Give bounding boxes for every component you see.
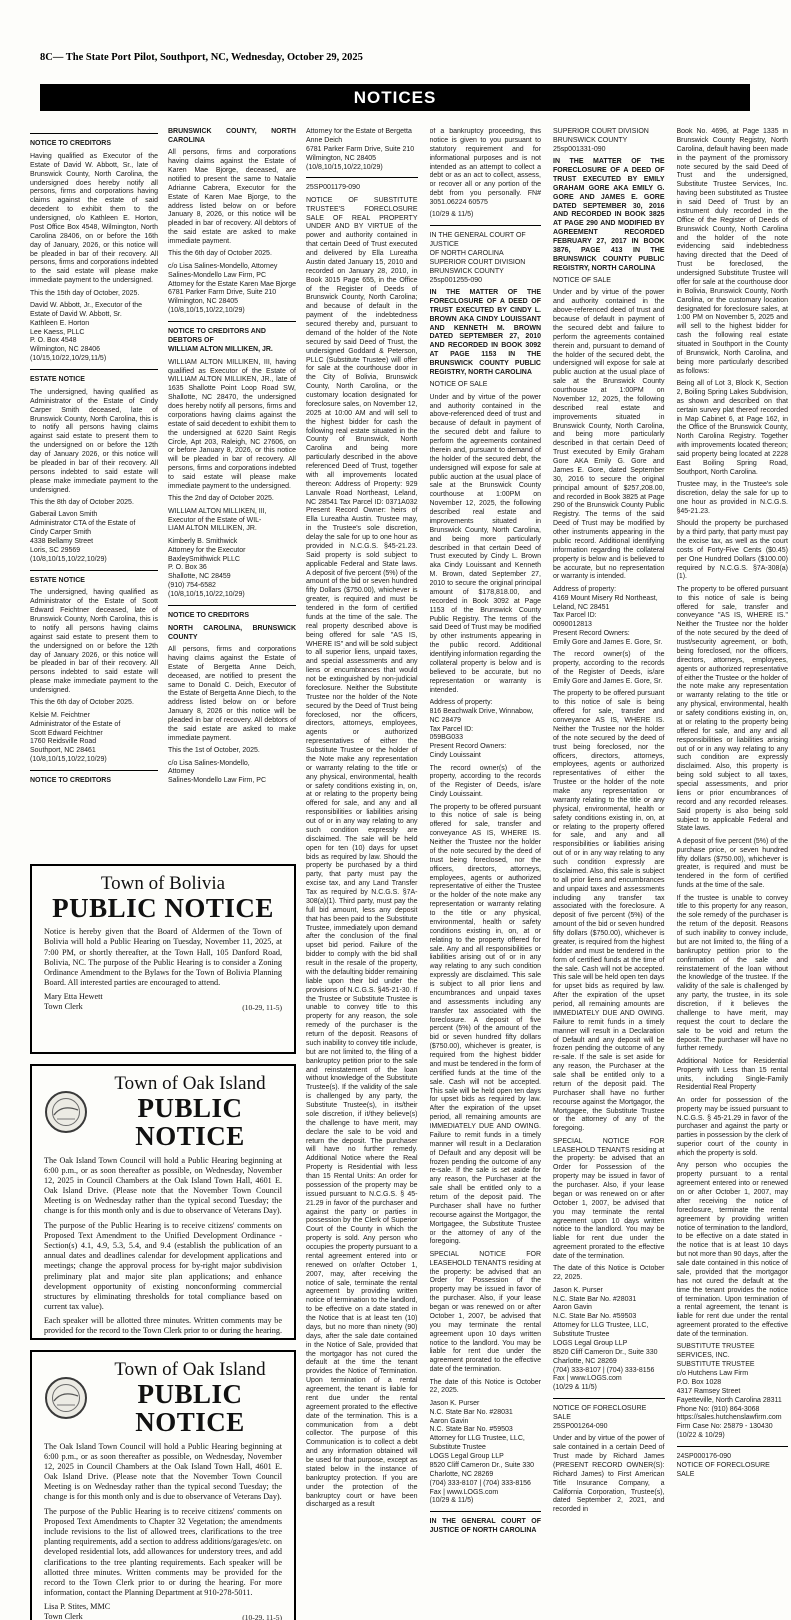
notice-paragraph: IN THE MATTER OF THE FORECLOSURE OF A DE… (553, 158, 665, 273)
notice-paragraph: Under and by virtue of the power and aut… (430, 394, 542, 696)
notice-heading: NOTICE TO CREDITORS (30, 140, 158, 149)
notice-paragraph: Under and by virtue of the power of sale… (553, 1435, 665, 1515)
public-notice-titles: Town of Oak IslandPUBLIC NOTICE (98, 1360, 282, 1437)
notice-column: of a bankruptcy proceeding, this notice … (430, 128, 542, 1614)
public-notice-body: The Oak Island Town Council will hold a … (44, 1442, 282, 1599)
right-columns: Attorney for the Estate of Bergetta Anne… (306, 128, 788, 1614)
notice-column: SUPERIOR COURT DIVISION BRUNSWICK COUNTY… (553, 128, 665, 1614)
notice-paragraph: The property to be offered pursuant to t… (553, 690, 665, 1134)
notice-divider (168, 321, 296, 322)
notice-paragraph: Book No. 4696, at Page 1335 in Brunswick… (677, 128, 789, 377)
public-notice-town-title: Town of Oak Island (98, 1360, 282, 1380)
notice-paragraph: The undersigned, having qualified as Adm… (30, 389, 158, 496)
notice-paragraph: (10/29 & 11/5) (430, 211, 542, 220)
public-notice-titles: Town of Oak IslandPUBLIC NOTICE (98, 1074, 282, 1151)
newspaper-page: 8C— The State Port Pilot, Southport, NC,… (0, 0, 791, 1620)
notice-column: Book No. 4696, at Page 1335 in Brunswick… (677, 128, 789, 1614)
notice-divider (30, 570, 158, 571)
public-notice-header: Town of Oak IslandPUBLIC NOTICE (44, 1360, 282, 1437)
public-notice-titles: Town of BoliviaPUBLIC NOTICE (52, 874, 274, 922)
notice-heading: ESTATE NOTICE (30, 376, 158, 385)
notice-paragraph: Kimberly B. Smithwick Attorney for the E… (168, 538, 296, 600)
notice-paragraph: Additional Notice for Residential Proper… (677, 1058, 789, 1094)
public-notice-header: Town of BoliviaPUBLIC NOTICE (44, 874, 282, 922)
public-notice-header: Town of Oak IslandPUBLIC NOTICE (44, 1074, 282, 1151)
public-notice-paragraph: The purpose of the Public Hearing is to … (44, 1221, 282, 1313)
public-notice-footer: Mary Etta Hewett Town Clerk(10-29, 11-5) (44, 992, 282, 1012)
notice-paragraph: NOTICE OF SALE (553, 277, 665, 286)
public-notice-title: PUBLIC NOTICE (98, 1380, 282, 1437)
notice-paragraph: This the 2nd day of October 2025. (168, 495, 296, 504)
public-notice-paragraph: The Oak Island Town Council will hold a … (44, 1156, 282, 1217)
notice-divider (430, 225, 542, 226)
notice-paragraph: The property to be offered pursuant to t… (430, 804, 542, 1248)
notice-paragraph: A deposit of five percent (5%) of the pu… (677, 838, 789, 891)
town-seal-icon (44, 1090, 88, 1134)
public-notice-boxes: Town of BoliviaPUBLIC NOTICENotice is he… (30, 864, 296, 1620)
notice-paragraph: IN THE GENERAL COURT OF JUSTICE OF NORTH… (430, 1518, 542, 1536)
notice-paragraph: SUBSTITUTE TRUSTEE SERVICES, INC. SUBSTI… (677, 1343, 789, 1441)
notice-heading: NOTICE TO CREDITORS AND DEBTORS OF WILLI… (168, 328, 296, 355)
notice-paragraph: Address of property: 4169 Mount Misery R… (553, 586, 665, 648)
notice-paragraph: SPECIAL NOTICE FOR LEASEHOLD TENANTS res… (430, 1251, 542, 1375)
notice-paragraph: Gaberail Lavon Smith Administrator CTA o… (30, 511, 158, 564)
notice-paragraph: This the 1st of October, 2025. (168, 747, 296, 756)
notice-paragraph: The undersigned, having qualified as Adm… (30, 589, 158, 696)
notice-paragraph: Should the property be purchased by a th… (677, 520, 789, 582)
notice-divider (30, 133, 158, 134)
notice-heading: NOTICE TO CREDITORS (30, 777, 158, 786)
notice-paragraph: This the 6th day of October 2025. (30, 699, 158, 708)
public-notice-footer: Lisa P. Stites, MMC Town Clerk(10-29, 11… (44, 1602, 282, 1620)
notice-heading: ESTATE NOTICE (30, 577, 158, 586)
page-masthead: 8C— The State Port Pilot, Southport, NC,… (40, 52, 363, 63)
notice-paragraph: Jason K. Purser N.C. State Bar No. #2803… (553, 1287, 665, 1394)
notice-paragraph: IN THE GENERAL COURT OF JUSTICE OF NORTH… (430, 232, 542, 285)
notice-paragraph: Being all of Lot 3, Block K, Section 2, … (677, 380, 789, 478)
notice-paragraph: Having qualified as Executor of the Esta… (30, 153, 158, 286)
notice-paragraph: NOTICE OF SALE (430, 381, 542, 390)
notice-column: NOTICE TO CREDITORSHaving qualified as E… (30, 128, 158, 858)
public-notice-paragraph: The Oak Island Town Council will hold a … (44, 1442, 282, 1503)
left-columns: NOTICE TO CREDITORSHaving qualified as E… (30, 128, 296, 858)
public-notice-town-title: Town of Bolivia (52, 874, 274, 894)
public-notice-paragraph: Notice is hereby given that the Board of… (44, 927, 282, 988)
notice-paragraph: Jason K. Purser N.C. State Bar No. #2803… (430, 1400, 542, 1507)
notice-paragraph: All persons, firms and corporations havi… (168, 646, 296, 744)
public-notice-paragraph: The purpose of the Public Hearing is to … (44, 1507, 282, 1599)
notice-column: Attorney for the Estate of Bergetta Anne… (306, 128, 418, 1614)
public-notice-run-dates: (10-29, 11-5) (242, 1003, 282, 1012)
notice-divider (30, 369, 158, 370)
notice-paragraph: Address of property: 816 Beachwalk Drive… (430, 699, 542, 761)
public-notice-body: Notice is hereby given that the Board of… (44, 927, 282, 988)
notice-divider (168, 605, 296, 606)
notice-paragraph: David W. Abbott, Jr., Executor of the Es… (30, 302, 158, 364)
notice-paragraph: NOTICE OF SUBSTITUTE TRUSTEE'S FORECLOSU… (306, 197, 418, 1511)
notice-paragraph: The date of this Notice is October 22, 2… (430, 1379, 542, 1397)
notice-heading: NOTICE TO CREDITORS (168, 612, 296, 621)
notice-divider (677, 1446, 789, 1447)
notice-paragraph: Attorney for the Estate of Bergetta Anne… (306, 128, 418, 172)
notice-divider (306, 177, 418, 178)
public-notice-signature: Lisa P. Stites, MMC Town Clerk (44, 1602, 110, 1620)
notice-paragraph: BRUNSWICK COUNTY, NORTH CAROLINA (168, 128, 296, 146)
public-notice-title: PUBLIC NOTICE (98, 1094, 282, 1151)
notice-paragraph: The record owner(s) of the property, acc… (553, 651, 665, 687)
notice-paragraph: SPECIAL NOTICE FOR LEASEHOLD TENANTS res… (553, 1138, 665, 1262)
notice-divider (553, 1398, 665, 1399)
public-notice-box: Town of Oak IslandPUBLIC NOTICEThe Oak I… (30, 1350, 296, 1620)
notice-paragraph: SUPERIOR COURT DIVISION BRUNSWICK COUNTY… (553, 128, 665, 155)
notice-paragraph: The record owner(s) of the property, acc… (430, 765, 542, 801)
notice-paragraph: Any person who occupies the property pur… (677, 1162, 789, 1340)
notice-paragraph: An order for possession of the property … (677, 1097, 789, 1159)
notice-paragraph: c/o Lisa Salines-Mondello, Attorney Sali… (168, 263, 296, 316)
notice-paragraph: IN THE MATTER OF THE FORECLOSURE OF A DE… (430, 289, 542, 378)
notice-paragraph: NORTH CAROLINA, BRUNSWICK COUNTY (168, 625, 296, 643)
notice-paragraph: This the 8th day of October 2025. (30, 499, 158, 508)
notice-paragraph: This the 15th day of October, 2025. (30, 290, 158, 299)
notice-paragraph: c/o Lisa Salines-Mondello, Attorney Sali… (168, 760, 296, 787)
notices-banner: NOTICES (40, 84, 750, 111)
notice-column: BRUNSWICK COUNTY, NORTH CAROLINAAll pers… (168, 128, 296, 858)
notice-paragraph: WILLIAM ALTON MILLIKEN, III, Executor of… (168, 508, 296, 535)
notice-paragraph: Under and by virtue of the power and aut… (553, 289, 665, 582)
public-notice-box: Town of Oak IslandPUBLIC NOTICEThe Oak I… (30, 1064, 296, 1340)
notice-paragraph: If the trustee is unable to convey title… (677, 895, 789, 1055)
notice-divider (430, 1511, 542, 1512)
notice-paragraph: 24SP000176-090 NOTICE OF FORECLOSURE SAL… (677, 1453, 789, 1480)
public-notice-body: The Oak Island Town Council will hold a … (44, 1156, 282, 1340)
public-notice-signature: Mary Etta Hewett Town Clerk (44, 992, 103, 1012)
town-seal-icon (44, 1376, 88, 1420)
public-notice-town-title: Town of Oak Island (98, 1074, 282, 1094)
notice-paragraph: The date of this Notice is October 22, 2… (553, 1265, 665, 1283)
notice-paragraph: Kelsie M. Feichtner Administrator of the… (30, 712, 158, 765)
notice-paragraph: 25SP001179-090 (306, 184, 418, 193)
public-notice-title: PUBLIC NOTICE (52, 894, 274, 922)
public-notice-run-dates: (10-29, 11-5) (242, 1613, 282, 1620)
notice-paragraph: Trustee may, in the Trustee's sole discr… (677, 481, 789, 517)
notice-paragraph: WILLIAM ALTON MILLIKEN, III, having qual… (168, 359, 296, 492)
notice-divider (30, 770, 158, 771)
notice-paragraph: The property to be offered pursuant to t… (677, 586, 789, 835)
left-column-region: NOTICE TO CREDITORSHaving qualified as E… (30, 128, 296, 1620)
public-notice-box: Town of BoliviaPUBLIC NOTICENotice is he… (30, 864, 296, 1054)
notice-paragraph: NOTICE OF FORECLOSURE SALE 25SP001264-09… (553, 1405, 665, 1432)
right-column-region: Attorney for the Estate of Bergetta Anne… (306, 128, 788, 1614)
notice-paragraph: of a bankruptcy proceeding, this notice … (430, 128, 542, 208)
notice-paragraph: This the 6th day of October 2025. (168, 250, 296, 259)
public-notice-paragraph: Each speaker will be allotted three minu… (44, 1316, 282, 1340)
notice-paragraph: All persons, firms and corporations havi… (168, 149, 296, 247)
